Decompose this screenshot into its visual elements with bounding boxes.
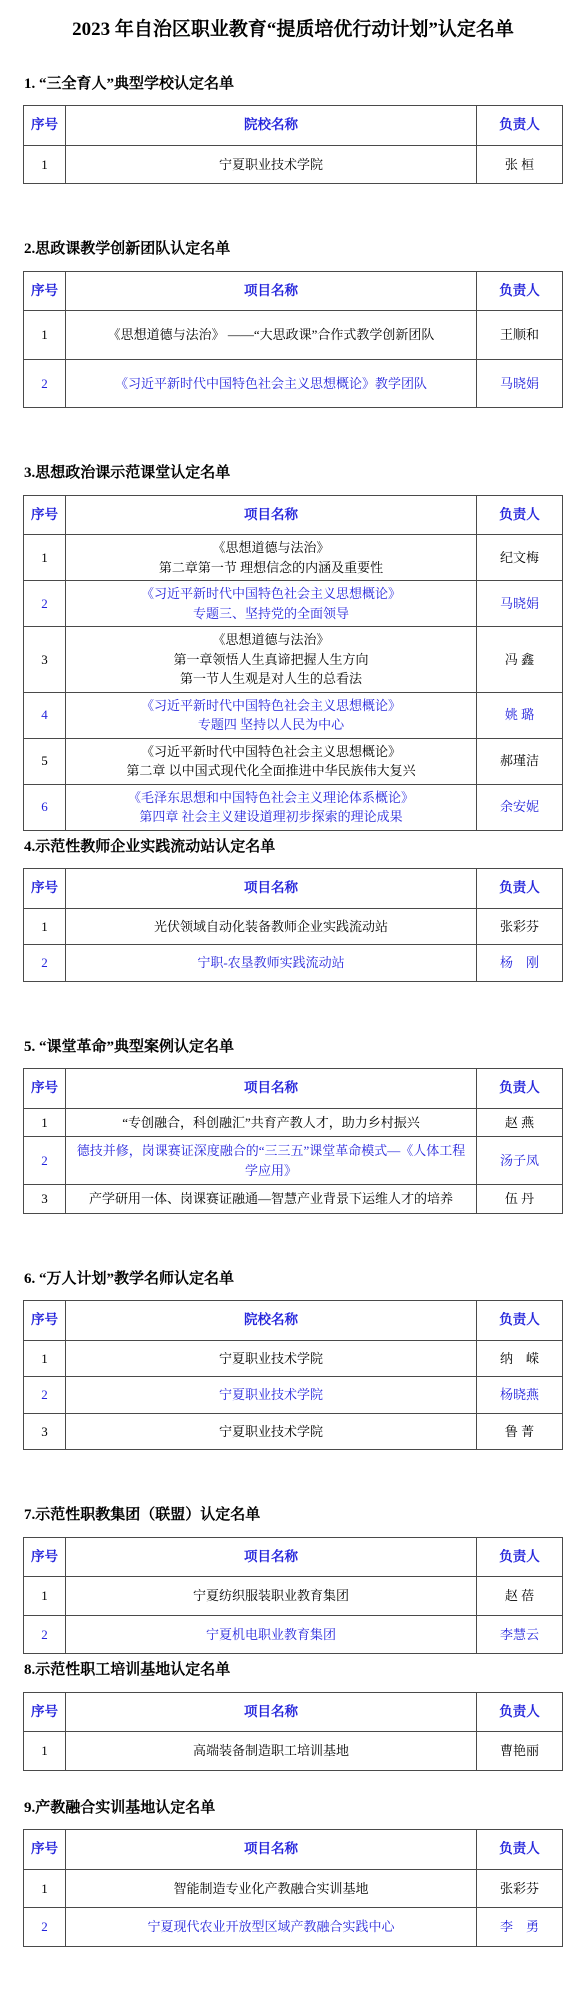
cell-index: 2 — [24, 1615, 66, 1654]
table-row: 1宁夏纺织服装职业教育集团赵 蓓 — [24, 1577, 563, 1616]
cell-leader: 杨晓燕 — [477, 1377, 563, 1414]
cell-name: 产学研用一体、岗课赛证融通—智慧产业背景下运维人才的培养 — [66, 1185, 477, 1214]
section-heading: 8.示范性职工培训基地认定名单 — [24, 1661, 563, 1680]
table-row: 1光伏领域自动化装备教师企业实践流动站张彩芬 — [24, 908, 563, 945]
section: 9.产教融合实训基地认定名单 序号 项目名称 负责人 1智能制造专业化产教融合实… — [23, 1799, 563, 1947]
cell-leader: 张彩芬 — [477, 1869, 563, 1908]
cell-index: 6 — [24, 784, 66, 830]
table-row: 5《习近平新时代中国特色社会主义思想概论》 第二章 以中国式现代化全面推进中华民… — [24, 738, 563, 784]
section-heading: 7.示范性职教集团（联盟）认定名单 — [24, 1506, 563, 1525]
table-header-row: 序号 项目名称 负责人 — [24, 271, 563, 310]
sections-container: 1. “三全育人”典型学校认定名单 序号 院校名称 负责人 1宁夏职业技术学院张… — [23, 75, 563, 1947]
cell-index: 2 — [24, 1137, 66, 1185]
table-row: 3产学研用一体、岗课赛证融通—智慧产业背景下运维人才的培养伍 丹 — [24, 1185, 563, 1214]
table-header-row: 序号 项目名称 负责人 — [24, 869, 563, 908]
section-table: 序号 项目名称 负责人 1宁夏纺织服装职业教育集团赵 蓓2宁夏机电职业教育集团李… — [23, 1537, 563, 1654]
col-header-name: 项目名称 — [66, 869, 477, 908]
col-header-name: 院校名称 — [66, 106, 477, 145]
cell-name: 宁夏机电职业教育集团 — [66, 1615, 477, 1654]
cell-name: 《习近平新时代中国特色社会主义思想概论》教学团队 — [66, 359, 477, 408]
section: 1. “三全育人”典型学校认定名单 序号 院校名称 负责人 1宁夏职业技术学院张… — [23, 75, 563, 185]
cell-name: 宁夏职业技术学院 — [66, 1413, 477, 1450]
section-table: 序号 项目名称 负责人 1《思想道德与法治》 第二章第一节 理想信念的内涵及重要… — [23, 495, 563, 831]
section-heading: 6. “万人计划”教学名师认定名单 — [24, 1270, 563, 1289]
table-row: 2宁夏机电职业教育集团李慧云 — [24, 1615, 563, 1654]
cell-index: 1 — [24, 1340, 66, 1377]
section-table: 序号 项目名称 负责人 1“专创融合，科创融汇”共育产教人才，助力乡村振兴赵 燕… — [23, 1068, 563, 1213]
table-row: 6《毛泽东思想和中国特色社会主义理论体系概论》 第四章 社会主义建设道理初步探索… — [24, 784, 563, 830]
col-header-leader: 负责人 — [477, 1069, 563, 1108]
col-header-name: 项目名称 — [66, 1830, 477, 1869]
col-header-index: 序号 — [24, 495, 66, 534]
section: 7.示范性职教集团（联盟）认定名单 序号 项目名称 负责人 1宁夏纺织服装职业教… — [23, 1506, 563, 1654]
cell-leader: 张 桓 — [477, 145, 563, 184]
section-heading: 4.示范性教师企业实践流动站认定名单 — [24, 838, 563, 857]
cell-index: 1 — [24, 145, 66, 184]
col-header-leader: 负责人 — [477, 1830, 563, 1869]
cell-leader: 郝瑾洁 — [477, 738, 563, 784]
cell-name: 德技并修，岗课赛证深度融合的“三三五”课堂革命模式—《人体工程学应用》 — [66, 1137, 477, 1185]
cell-leader: 纳 嵘 — [477, 1340, 563, 1377]
col-header-name: 院校名称 — [66, 1301, 477, 1340]
cell-leader: 冯 鑫 — [477, 627, 563, 693]
cell-index: 1 — [24, 1869, 66, 1908]
table-header-row: 序号 项目名称 负责人 — [24, 1692, 563, 1731]
col-header-leader: 负责人 — [477, 1537, 563, 1576]
table-header-row: 序号 项目名称 负责人 — [24, 1069, 563, 1108]
table-row: 1《思想道德与法治》 ——“大思政课”合作式教学创新团队王顺和 — [24, 311, 563, 360]
cell-leader: 姚 璐 — [477, 692, 563, 738]
section: 5. “课堂革命”典型案例认定名单 序号 项目名称 负责人 1“专创融合，科创融… — [23, 1038, 563, 1214]
cell-name: 《思想道德与法治》 ——“大思政课”合作式教学创新团队 — [66, 311, 477, 360]
table-row: 2宁夏职业技术学院杨晓燕 — [24, 1377, 563, 1414]
cell-index: 2 — [24, 1377, 66, 1414]
section-heading: 1. “三全育人”典型学校认定名单 — [24, 75, 563, 94]
table-row: 2《习近平新时代中国特色社会主义思想概论》 专题三、坚持党的全面领导马晓娟 — [24, 581, 563, 627]
section-heading: 2.思政课教学创新团队认定名单 — [24, 240, 563, 259]
cell-index: 3 — [24, 1413, 66, 1450]
cell-name: 宁夏现代农业开放型区域产教融合实践中心 — [66, 1908, 477, 1947]
section: 2.思政课教学创新团队认定名单 序号 项目名称 负责人 1《思想道德与法治》 —… — [23, 240, 563, 408]
cell-index: 1 — [24, 908, 66, 945]
table-header-row: 序号 院校名称 负责人 — [24, 106, 563, 145]
cell-leader: 赵 燕 — [477, 1108, 563, 1137]
section: 3.思想政治课示范课堂认定名单 序号 项目名称 负责人 1《思想道德与法治》 第… — [23, 464, 563, 831]
table-row: 1智能制造专业化产教融合实训基地张彩芬 — [24, 1869, 563, 1908]
cell-leader: 马晓娟 — [477, 359, 563, 408]
cell-index: 2 — [24, 945, 66, 982]
section-heading: 5. “课堂革命”典型案例认定名单 — [24, 1038, 563, 1057]
table-row: 3宁夏职业技术学院鲁 菁 — [24, 1413, 563, 1450]
table-row: 2德技并修，岗课赛证深度融合的“三三五”课堂革命模式—《人体工程学应用》汤子凤 — [24, 1137, 563, 1185]
section-table: 序号 项目名称 负责人 1智能制造专业化产教融合实训基地张彩芬2宁夏现代农业开放… — [23, 1829, 563, 1946]
section: 4.示范性教师企业实践流动站认定名单 序号 项目名称 负责人 1光伏领域自动化装… — [23, 838, 563, 982]
section-table: 序号 项目名称 负责人 1高端装备制造职工培训基地曹艳丽 — [23, 1692, 563, 1771]
col-header-leader: 负责人 — [477, 1692, 563, 1731]
cell-leader: 伍 丹 — [477, 1185, 563, 1214]
cell-index: 5 — [24, 738, 66, 784]
cell-leader: 余安妮 — [477, 784, 563, 830]
cell-leader: 汤子凤 — [477, 1137, 563, 1185]
section: 6. “万人计划”教学名师认定名单 序号 院校名称 负责人 1宁夏职业技术学院纳… — [23, 1270, 563, 1451]
cell-leader: 纪文梅 — [477, 535, 563, 581]
col-header-name: 项目名称 — [66, 1692, 477, 1731]
cell-name: 《毛泽东思想和中国特色社会主义理论体系概论》 第四章 社会主义建设道理初步探索的… — [66, 784, 477, 830]
section-table: 序号 项目名称 负责人 1《思想道德与法治》 ——“大思政课”合作式教学创新团队… — [23, 271, 563, 408]
cell-leader: 李 勇 — [477, 1908, 563, 1947]
cell-name: 宁夏纺织服装职业教育集团 — [66, 1577, 477, 1616]
col-header-index: 序号 — [24, 1692, 66, 1731]
col-header-index: 序号 — [24, 869, 66, 908]
cell-index: 2 — [24, 1908, 66, 1947]
table-header-row: 序号 院校名称 负责人 — [24, 1301, 563, 1340]
cell-name: 宁夏职业技术学院 — [66, 1377, 477, 1414]
cell-name: 《思想道德与法治》 第二章第一节 理想信念的内涵及重要性 — [66, 535, 477, 581]
cell-leader: 马晓娟 — [477, 581, 563, 627]
cell-name: 《习近平新时代中国特色社会主义思想概论》 专题四 坚持以人民为中心 — [66, 692, 477, 738]
col-header-name: 项目名称 — [66, 271, 477, 310]
col-header-leader: 负责人 — [477, 869, 563, 908]
cell-leader: 曹艳丽 — [477, 1732, 563, 1771]
col-header-index: 序号 — [24, 1301, 66, 1340]
cell-leader: 鲁 菁 — [477, 1413, 563, 1450]
cell-name: 光伏领域自动化装备教师企业实践流动站 — [66, 908, 477, 945]
col-header-index: 序号 — [24, 1830, 66, 1869]
col-header-leader: 负责人 — [477, 271, 563, 310]
cell-leader: 李慧云 — [477, 1615, 563, 1654]
cell-name: 智能制造专业化产教融合实训基地 — [66, 1869, 477, 1908]
table-row: 4《习近平新时代中国特色社会主义思想概论》 专题四 坚持以人民为中心姚 璐 — [24, 692, 563, 738]
table-row: 1高端装备制造职工培训基地曹艳丽 — [24, 1732, 563, 1771]
section: 8.示范性职工培训基地认定名单 序号 项目名称 负责人 1高端装备制造职工培训基… — [23, 1661, 563, 1771]
col-header-name: 项目名称 — [66, 1537, 477, 1576]
cell-index: 1 — [24, 1577, 66, 1616]
col-header-leader: 负责人 — [477, 106, 563, 145]
cell-index: 1 — [24, 311, 66, 360]
col-header-name: 项目名称 — [66, 495, 477, 534]
table-row: 1宁夏职业技术学院纳 嵘 — [24, 1340, 563, 1377]
table-row: 2《习近平新时代中国特色社会主义思想概论》教学团队马晓娟 — [24, 359, 563, 408]
page-title: 2023 年自治区职业教育“提质培优行动计划”认定名单 — [23, 18, 563, 43]
section-table: 序号 项目名称 负责人 1光伏领域自动化装备教师企业实践流动站张彩芬2宁职-农垦… — [23, 868, 563, 981]
table-row: 2宁职-农垦教师实践流动站杨 刚 — [24, 945, 563, 982]
table-row: 1宁夏职业技术学院张 桓 — [24, 145, 563, 184]
cell-index: 3 — [24, 1185, 66, 1214]
cell-name: 宁职-农垦教师实践流动站 — [66, 945, 477, 982]
table-row: 2宁夏现代农业开放型区域产教融合实践中心李 勇 — [24, 1908, 563, 1947]
cell-index: 1 — [24, 535, 66, 581]
col-header-name: 项目名称 — [66, 1069, 477, 1108]
col-header-leader: 负责人 — [477, 1301, 563, 1340]
cell-name: 宁夏职业技术学院 — [66, 145, 477, 184]
cell-index: 3 — [24, 627, 66, 693]
table-header-row: 序号 项目名称 负责人 — [24, 1830, 563, 1869]
cell-name: 宁夏职业技术学院 — [66, 1340, 477, 1377]
col-header-index: 序号 — [24, 1069, 66, 1108]
col-header-index: 序号 — [24, 271, 66, 310]
cell-leader: 赵 蓓 — [477, 1577, 563, 1616]
cell-index: 4 — [24, 692, 66, 738]
table-row: 1《思想道德与法治》 第二章第一节 理想信念的内涵及重要性纪文梅 — [24, 535, 563, 581]
table-row: 3《思想道德与法治》 第一章领悟人生真谛把握人生方向 第一节人生观是对人生的总看… — [24, 627, 563, 693]
section-table: 序号 院校名称 负责人 1宁夏职业技术学院纳 嵘2宁夏职业技术学院杨晓燕3宁夏职… — [23, 1300, 563, 1450]
cell-name: “专创融合，科创融汇”共育产教人才，助力乡村振兴 — [66, 1108, 477, 1137]
cell-name: 《思想道德与法治》 第一章领悟人生真谛把握人生方向 第一节人生观是对人生的总看法 — [66, 627, 477, 693]
cell-name: 《习近平新时代中国特色社会主义思想概论》 第二章 以中国式现代化全面推进中华民族… — [66, 738, 477, 784]
cell-leader: 杨 刚 — [477, 945, 563, 982]
cell-index: 2 — [24, 359, 66, 408]
cell-name: 《习近平新时代中国特色社会主义思想概论》 专题三、坚持党的全面领导 — [66, 581, 477, 627]
table-row: 1“专创融合，科创融汇”共育产教人才，助力乡村振兴赵 燕 — [24, 1108, 563, 1137]
section-table: 序号 院校名称 负责人 1宁夏职业技术学院张 桓 — [23, 105, 563, 184]
cell-leader: 王顺和 — [477, 311, 563, 360]
col-header-index: 序号 — [24, 1537, 66, 1576]
table-header-row: 序号 项目名称 负责人 — [24, 1537, 563, 1576]
table-header-row: 序号 项目名称 负责人 — [24, 495, 563, 534]
section-heading: 3.思想政治课示范课堂认定名单 — [24, 464, 563, 483]
cell-index: 2 — [24, 581, 66, 627]
col-header-index: 序号 — [24, 106, 66, 145]
col-header-leader: 负责人 — [477, 495, 563, 534]
section-heading: 9.产教融合实训基地认定名单 — [24, 1799, 563, 1818]
cell-index: 1 — [24, 1732, 66, 1771]
cell-index: 1 — [24, 1108, 66, 1137]
cell-leader: 张彩芬 — [477, 908, 563, 945]
cell-name: 高端装备制造职工培训基地 — [66, 1732, 477, 1771]
document-page: 2023 年自治区职业教育“提质培优行动计划”认定名单 1. “三全育人”典型学… — [0, 0, 585, 1993]
